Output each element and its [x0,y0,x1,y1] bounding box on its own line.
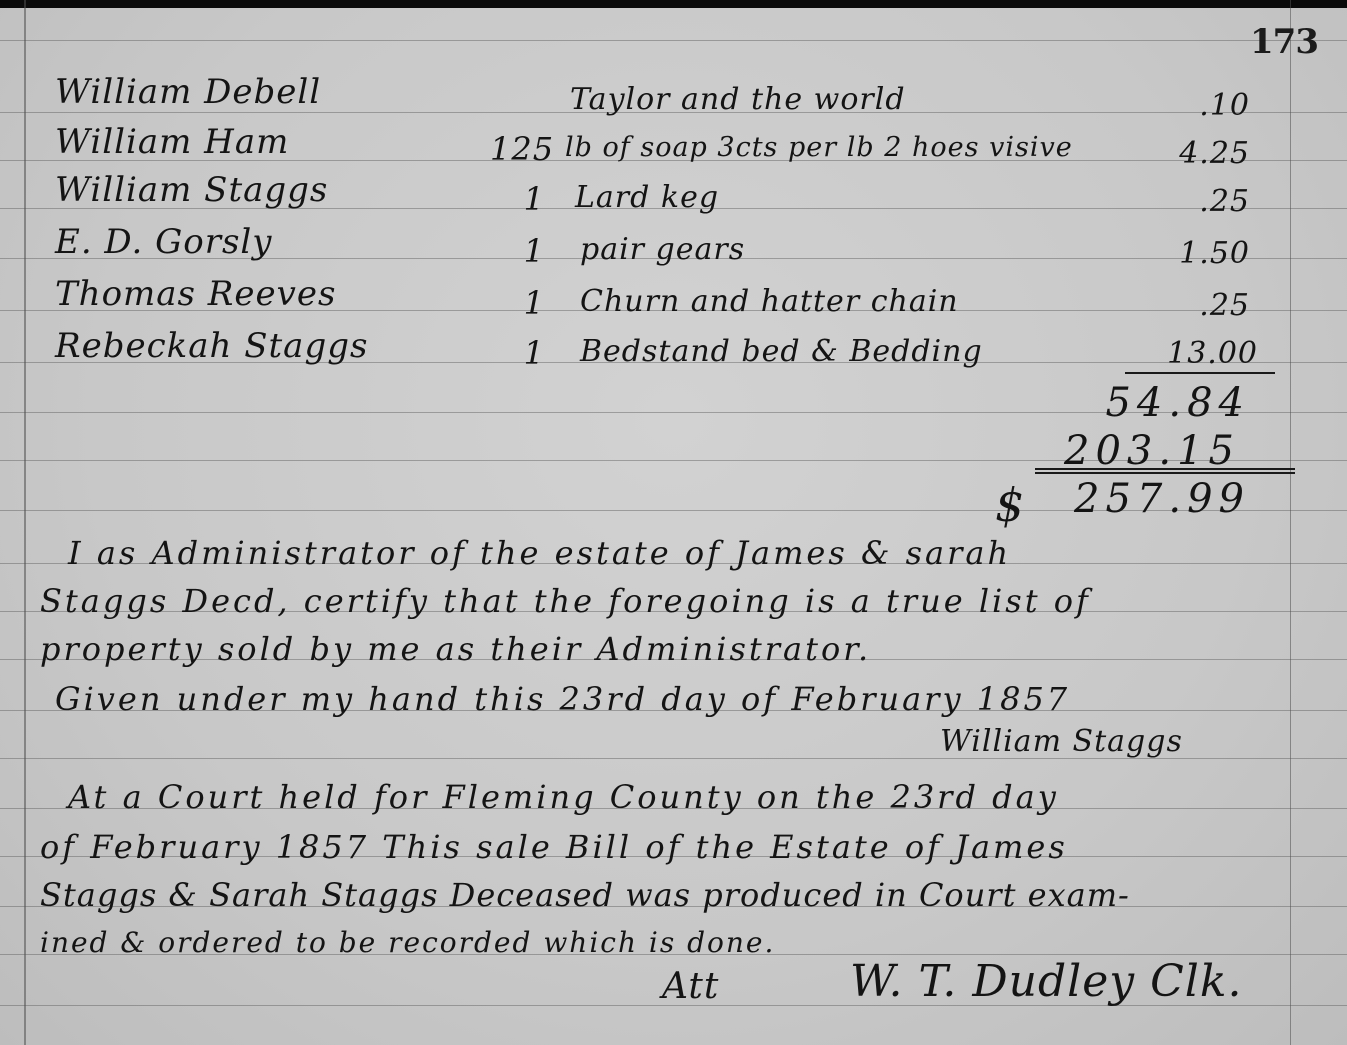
certification-date-line: Given under my hand this 23rd day of Feb… [55,680,1070,718]
court-record-line: At a Court held for Fleming County on th… [68,778,1059,816]
item-description: Taylor and the world [570,82,906,117]
item-amount: .25 [1140,288,1250,323]
item-quantity: 1 [485,232,545,270]
currency-symbol: $ [995,478,1025,532]
item-quantity: 1 [485,284,545,322]
item-quantity: 1 [485,334,545,372]
right-margin-line [1290,0,1291,1045]
item-amount: 13.00 [1128,336,1258,371]
buyer-name: E. D. Gorsly [55,222,273,262]
buyer-name: William Debell [55,72,321,112]
item-description: Lard keg [575,180,719,215]
item-description: Bedstand bed & Bedding [580,334,983,369]
administrator-signature: William Staggs [940,724,1183,759]
court-record-line: Staggs & Sarah Staggs Deceased was produ… [40,876,1130,914]
clerk-signature: W. T. Dudley Clk. [850,956,1242,1007]
court-record-line: of February 1857 This sale Bill of the E… [40,828,1068,866]
buyer-name: Thomas Reeves [55,274,336,314]
grand-total-rule [1035,468,1295,470]
left-margin-line [24,0,26,1045]
item-amount: 1.50 [1140,236,1250,271]
item-amount: .25 [1140,184,1250,219]
court-record-line: ined & ordered to be recorded which is d… [40,926,775,959]
item-description: pair gears [580,232,745,267]
grand-total: 257.99 [1050,476,1250,522]
certification-line: I as Administrator of the estate of Jame… [68,534,1011,572]
scan-top-edge [0,0,1347,8]
page-subtotal: 54.84 [1050,380,1250,426]
item-amount: .10 [1140,88,1250,123]
item-quantity: 125 [490,130,550,168]
item-description: lb of soap 3cts per lb 2 hoes visive [565,132,1073,163]
certification-line: property sold by me as their Administrat… [40,630,871,668]
item-amount: 4.25 [1140,136,1250,171]
item-quantity: 1 [485,180,545,218]
buyer-name: William Staggs [55,170,328,210]
grand-total-rule [1035,472,1295,474]
certification-line: Staggs Decd, certify that the foregoing … [40,582,1091,620]
item-description: Churn and hatter chain [580,284,959,319]
buyer-name: Rebeckah Staggs [55,326,368,366]
subtotal-rule [1125,372,1275,374]
buyer-name: William Ham [55,122,289,162]
attest-label: Att [662,966,719,1007]
ledger-page: 173 William Debell Taylor and the world … [0,0,1347,1045]
page-number: 173 [1250,22,1318,62]
ruled-line [0,40,1347,41]
